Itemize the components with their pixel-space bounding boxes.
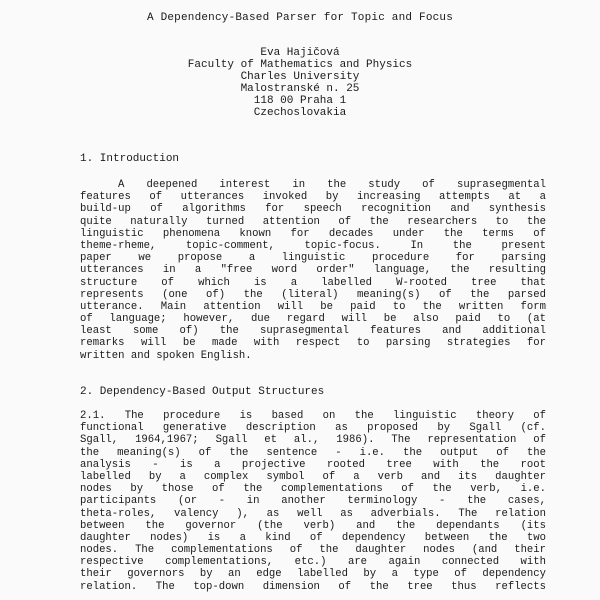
text-line: paper we propose a linguistic procedure … (80, 252, 546, 264)
affiliation-line: Czechoslovakia (0, 107, 600, 119)
text-line: the meaning(s) of the sentence - i.e. th… (80, 447, 546, 459)
text-line: 2.1. The procedure is based on the lingu… (80, 410, 546, 422)
text-line: least some of) the suprasegmental featur… (80, 325, 546, 337)
text-line: linguistic phenomena known for decades u… (80, 228, 546, 240)
text-line: build-up of algorithms for speech recogn… (80, 203, 546, 215)
text-line: analysis - is a projective rooted tree w… (80, 459, 546, 471)
paragraph-output-structures: 2.1. The procedure is based on the lingu… (80, 410, 546, 593)
text-line: theme-rheme, topic-comment, topic-focus.… (80, 240, 546, 252)
text-line: relation. The top-down dimension of the … (80, 581, 546, 593)
affiliation-line: Faculty of Mathematics and Physics (0, 59, 600, 71)
text-line: A deepened interest in the study of supr… (80, 179, 546, 191)
text-line: utterances in a "free word order" langua… (80, 264, 546, 276)
affiliation-line: Charles University (0, 71, 600, 83)
text-line: quite naturally turned attention of the … (80, 216, 546, 228)
text-line: represents (one of) the (literal) meanin… (80, 289, 546, 301)
text-line: labelled by a complex symbol of a verb a… (80, 471, 546, 483)
text-line: features of utterances invoked by increa… (80, 191, 546, 203)
text-line: functional generative description as pro… (80, 422, 546, 434)
section-heading-introduction: 1. Introduction (80, 153, 179, 165)
text-line: daughter nodes) is a kind of dependency … (80, 532, 546, 544)
text-line: respective complementations, etc.) are a… (80, 556, 546, 568)
text-line: remarks will be made with respect to par… (80, 337, 546, 349)
text-line: theta-roles, valency ), as well as adver… (80, 508, 546, 520)
paper-page: A Dependency-Based Parser for Topic and … (0, 0, 600, 600)
text-line: participants (or - in another terminolog… (80, 495, 546, 507)
text-line: Sgall, 1964,1967; Sgall et al., 1986). T… (80, 434, 546, 446)
affiliation-line: Malostranské n. 25 (0, 83, 600, 95)
paragraph-introduction: A deepened interest in the study of supr… (80, 179, 546, 362)
text-line: nodes. The complementations of the daugh… (80, 544, 546, 556)
text-line: between the governor (the verb) and the … (80, 520, 546, 532)
paper-title: A Dependency-Based Parser for Topic and … (0, 12, 600, 24)
text-line: utterance. Main attention will be paid t… (80, 301, 546, 313)
text-line: of language; however, due regard will be… (80, 313, 546, 325)
affiliation-line: 118 00 Praha 1 (0, 95, 600, 107)
text-line: structure of which is a labelled W-roote… (80, 277, 546, 289)
author-block: Eva Hajičová Faculty of Mathematics and … (0, 47, 600, 119)
text-line: their governors by an edge labelled by a… (80, 568, 546, 580)
author-name: Eva Hajičová (0, 47, 600, 59)
text-line: written and spoken English. (80, 350, 546, 362)
section-heading-output-structures: 2. Dependency-Based Output Structures (80, 386, 324, 398)
text-line: nodes by those of the complementations o… (80, 483, 546, 495)
